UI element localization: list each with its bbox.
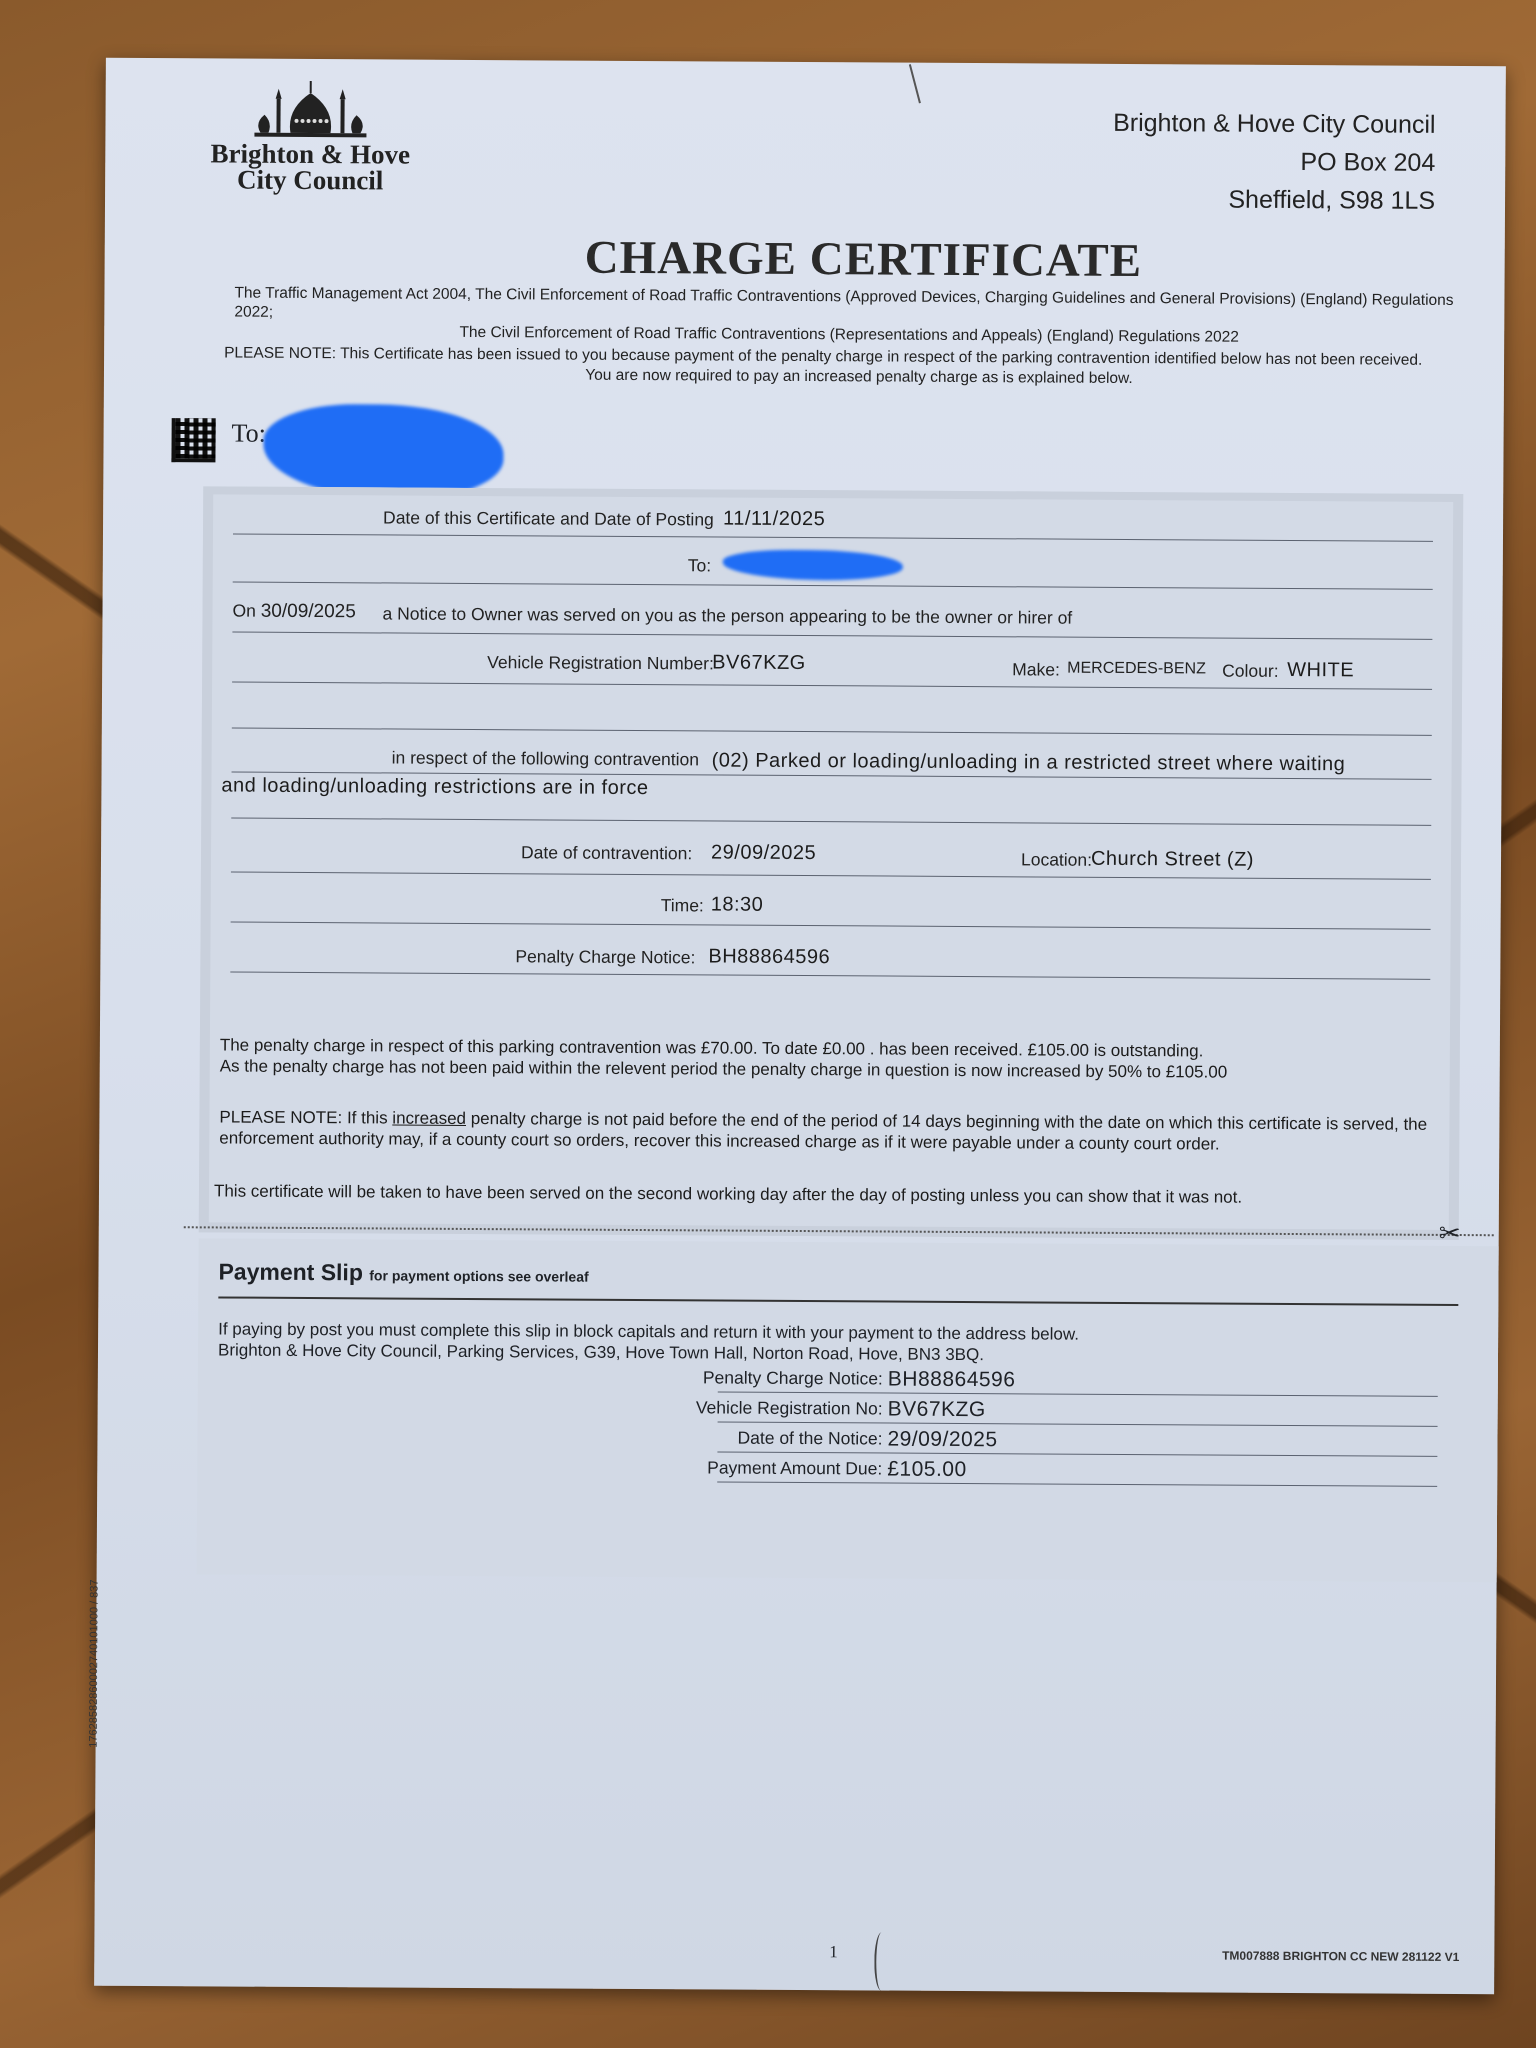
location-label: Location: [1021, 849, 1092, 870]
datamatrix-barcode-icon [171, 418, 215, 462]
slip-pcn-label: Penalty Charge Notice: [703, 1367, 883, 1389]
council-address: Brighton & Hove City Council PO Box 204 … [1113, 104, 1436, 220]
pcn-value: BH88864596 [708, 945, 830, 969]
slip-vrn-value: BV67KZG [888, 1398, 986, 1423]
slip-row-notice-date: Date of the Notice: 29/09/2025 [717, 1424, 1437, 1457]
certificate-date-label: Date of this Certificate and Date of Pos… [383, 507, 714, 530]
time-label: Time: [661, 895, 704, 916]
page-title: CHARGE CERTIFICATE [585, 231, 1143, 288]
contravention-date-value: 29/09/2025 [711, 841, 816, 865]
form-rule [232, 631, 1432, 640]
notice-prefix-text: On [232, 601, 255, 621]
council-logo: Brighton & Hove City Council [195, 78, 426, 193]
notice-text: a Notice to Owner was served on you as t… [382, 603, 1072, 628]
certificate-date-value: 11/11/2025 [723, 508, 825, 532]
slip-vrn-label: Vehicle Registration No: [696, 1397, 883, 1419]
payment-slip-subtitle: for payment options see overleaf [369, 1267, 588, 1284]
legal-line-2: The Civil Enforcement of Road Traffic Co… [459, 324, 1239, 346]
charge-summary: The penalty charge in respect of this pa… [220, 1034, 1430, 1083]
legal-references: The Traffic Management Act 2004, The Civ… [214, 283, 1484, 348]
charge-certificate-document: Brighton & Hove City Council Brighton & … [94, 58, 1506, 1995]
location-value: Church Street (Z) [1091, 848, 1254, 872]
notice-date-value: 30/09/2025 [261, 601, 356, 623]
note-underlined-word: increased [392, 1109, 466, 1128]
make-label: Make: [1012, 659, 1060, 680]
form-to-label: To: [688, 555, 711, 576]
slip-notice-date-value: 29/09/2025 [887, 1428, 997, 1453]
slip-row-amount-due: Payment Amount Due: £105.00 [717, 1454, 1437, 1487]
form-recipient-redacted [723, 550, 903, 581]
slip-pcn-value: BH88864596 [888, 1368, 1016, 1393]
scissors-icon: ✂ [1439, 1218, 1461, 1249]
pcn-label: Penalty Charge Notice: [515, 946, 695, 968]
form-rule [231, 921, 1431, 930]
contravention-line-2: and loading/unloading restrictions are i… [221, 774, 648, 800]
council-logo-line2: City Council [195, 166, 425, 193]
served-statement: This certificate will be taken to have b… [214, 1180, 1434, 1208]
council-logo-line1: Brighton & Hove [195, 140, 425, 167]
address-line-2: PO Box 204 [1113, 142, 1436, 182]
slip-row-vrn: Vehicle Registration No: BV67KZG [718, 1394, 1438, 1427]
make-value: MERCEDES-BENZ [1067, 660, 1206, 679]
paper-tear-top [909, 62, 929, 103]
form-rule [231, 817, 1431, 826]
time-value: 18:30 [711, 893, 764, 916]
enforcement-note: PLEASE NOTE: If this increased penalty c… [219, 1106, 1439, 1155]
pavilion-domes-icon [250, 79, 370, 142]
recipient-to-label: To: [232, 419, 266, 449]
form-rule [232, 727, 1432, 736]
payment-slip: Payment Slip for payment options see ove… [197, 1238, 1499, 1582]
form-rule [231, 871, 1431, 880]
note-prefix: PLEASE NOTE: If this [219, 1107, 392, 1127]
slip-title-rule [218, 1296, 1458, 1306]
address-line-1: Brighton & Hove City Council [1113, 104, 1436, 144]
page-number: 1 [829, 1942, 838, 1962]
vrn-value: BV67KZG [712, 651, 806, 675]
form-code: TM007888 BRIGHTON CC NEW 281122 V1 [1222, 1949, 1459, 1964]
form-rule [232, 681, 1432, 690]
slip-instructions-line-2: Brighton & Hove City Council, Parking Se… [218, 1339, 1079, 1365]
form-rule [230, 971, 1430, 980]
slip-amount-label: Payment Amount Due: [707, 1457, 882, 1479]
paper-tear-bottom [874, 1932, 888, 1990]
form-rule [233, 533, 1433, 542]
address-line-3: Sheffield, S98 1LS [1113, 180, 1436, 220]
form-rule [233, 581, 1433, 590]
colour-label: Colour: [1222, 661, 1279, 682]
slip-notice-date-label: Date of the Notice: [737, 1428, 882, 1450]
colour-value: WHITE [1287, 659, 1354, 682]
payment-slip-title: Payment Slip [218, 1258, 363, 1285]
vrn-label: Vehicle Registration Number: [487, 652, 714, 674]
slip-amount-value: £105.00 [887, 1458, 967, 1482]
contravention-prefix: in respect of the following contraventio… [392, 748, 700, 771]
side-reference-number: 17628582860002740101000 / 837 [88, 1579, 101, 1747]
slip-row-pcn: Penalty Charge Notice: BH88864596 [718, 1364, 1438, 1397]
contravention-date-label: Date of contravention: [521, 842, 692, 864]
contravention-line-1: (02) Parked or loading/unloading in a re… [712, 749, 1346, 776]
slip-instructions: If paying by post you must complete this… [218, 1318, 1079, 1365]
please-note-header: PLEASE NOTE: This Certificate has been i… [224, 343, 1494, 391]
payment-slip-title-wrap: Payment Slip for payment options see ove… [218, 1258, 588, 1287]
recipient-address-redacted [263, 404, 504, 500]
legal-line-1: The Traffic Management Act 2004, The Civ… [214, 283, 1484, 329]
notice-prefix: On 30/09/2025 [232, 601, 355, 624]
contravention-details-form: Date of this Certificate and Date of Pos… [199, 486, 1464, 1240]
